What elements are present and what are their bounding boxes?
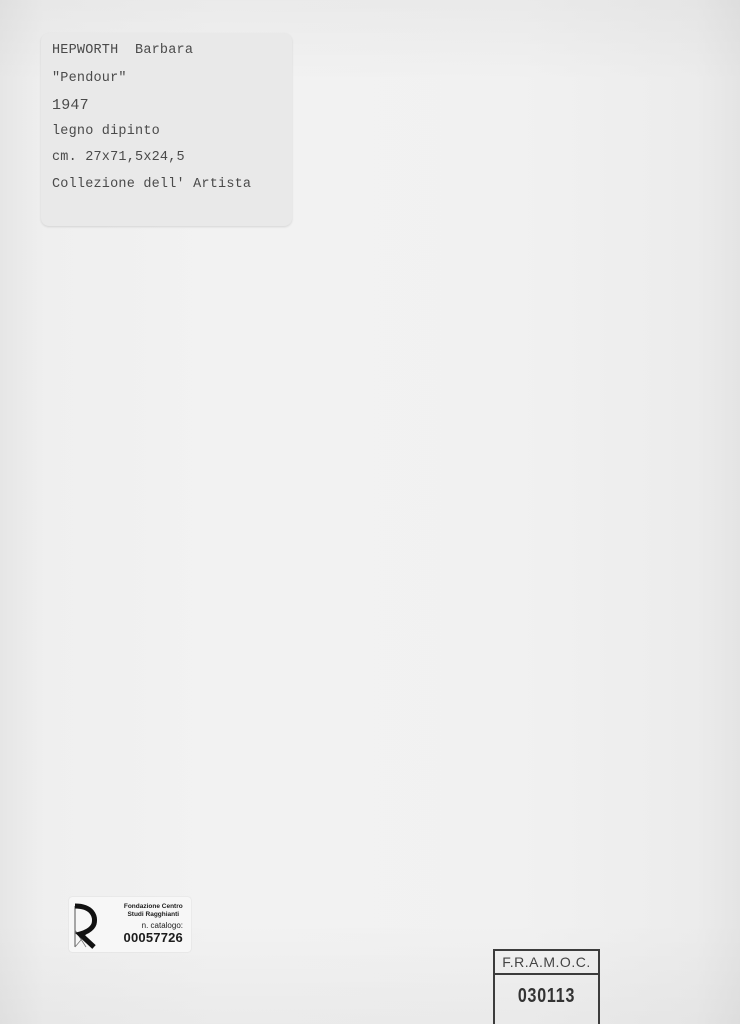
artwork-title: "Pendour" — [52, 71, 127, 86]
framoc-stamp: F.R.A.M.O.C. 030113 — [493, 949, 600, 1024]
artwork-collection: Collezione dell' Artista — [52, 177, 251, 192]
foundation-name-line2: Studi Ragghianti — [124, 911, 183, 919]
catalog-label: n. catalogo: — [124, 921, 183, 930]
framoc-header: F.R.A.M.O.C. — [495, 951, 598, 975]
artwork-label-card: HEPWORTH Barbara "Pendour" 1947 legno di… — [41, 33, 292, 226]
framoc-number: 030113 — [505, 985, 587, 1008]
foundation-name-line1: Fondazione Centro — [124, 903, 183, 911]
artwork-year: 1947 — [52, 97, 89, 114]
catalog-number: 00057726 — [124, 930, 183, 945]
artwork-dimensions: cm. 27x71,5x24,5 — [52, 150, 185, 165]
artist-name: HEPWORTH Barbara — [52, 43, 193, 58]
catalog-sticker: Fondazione Centro Studi Ragghianti n. ca… — [69, 897, 191, 952]
artwork-medium: legno dipinto — [52, 124, 160, 139]
ragghianti-r-logo-icon — [72, 900, 98, 950]
